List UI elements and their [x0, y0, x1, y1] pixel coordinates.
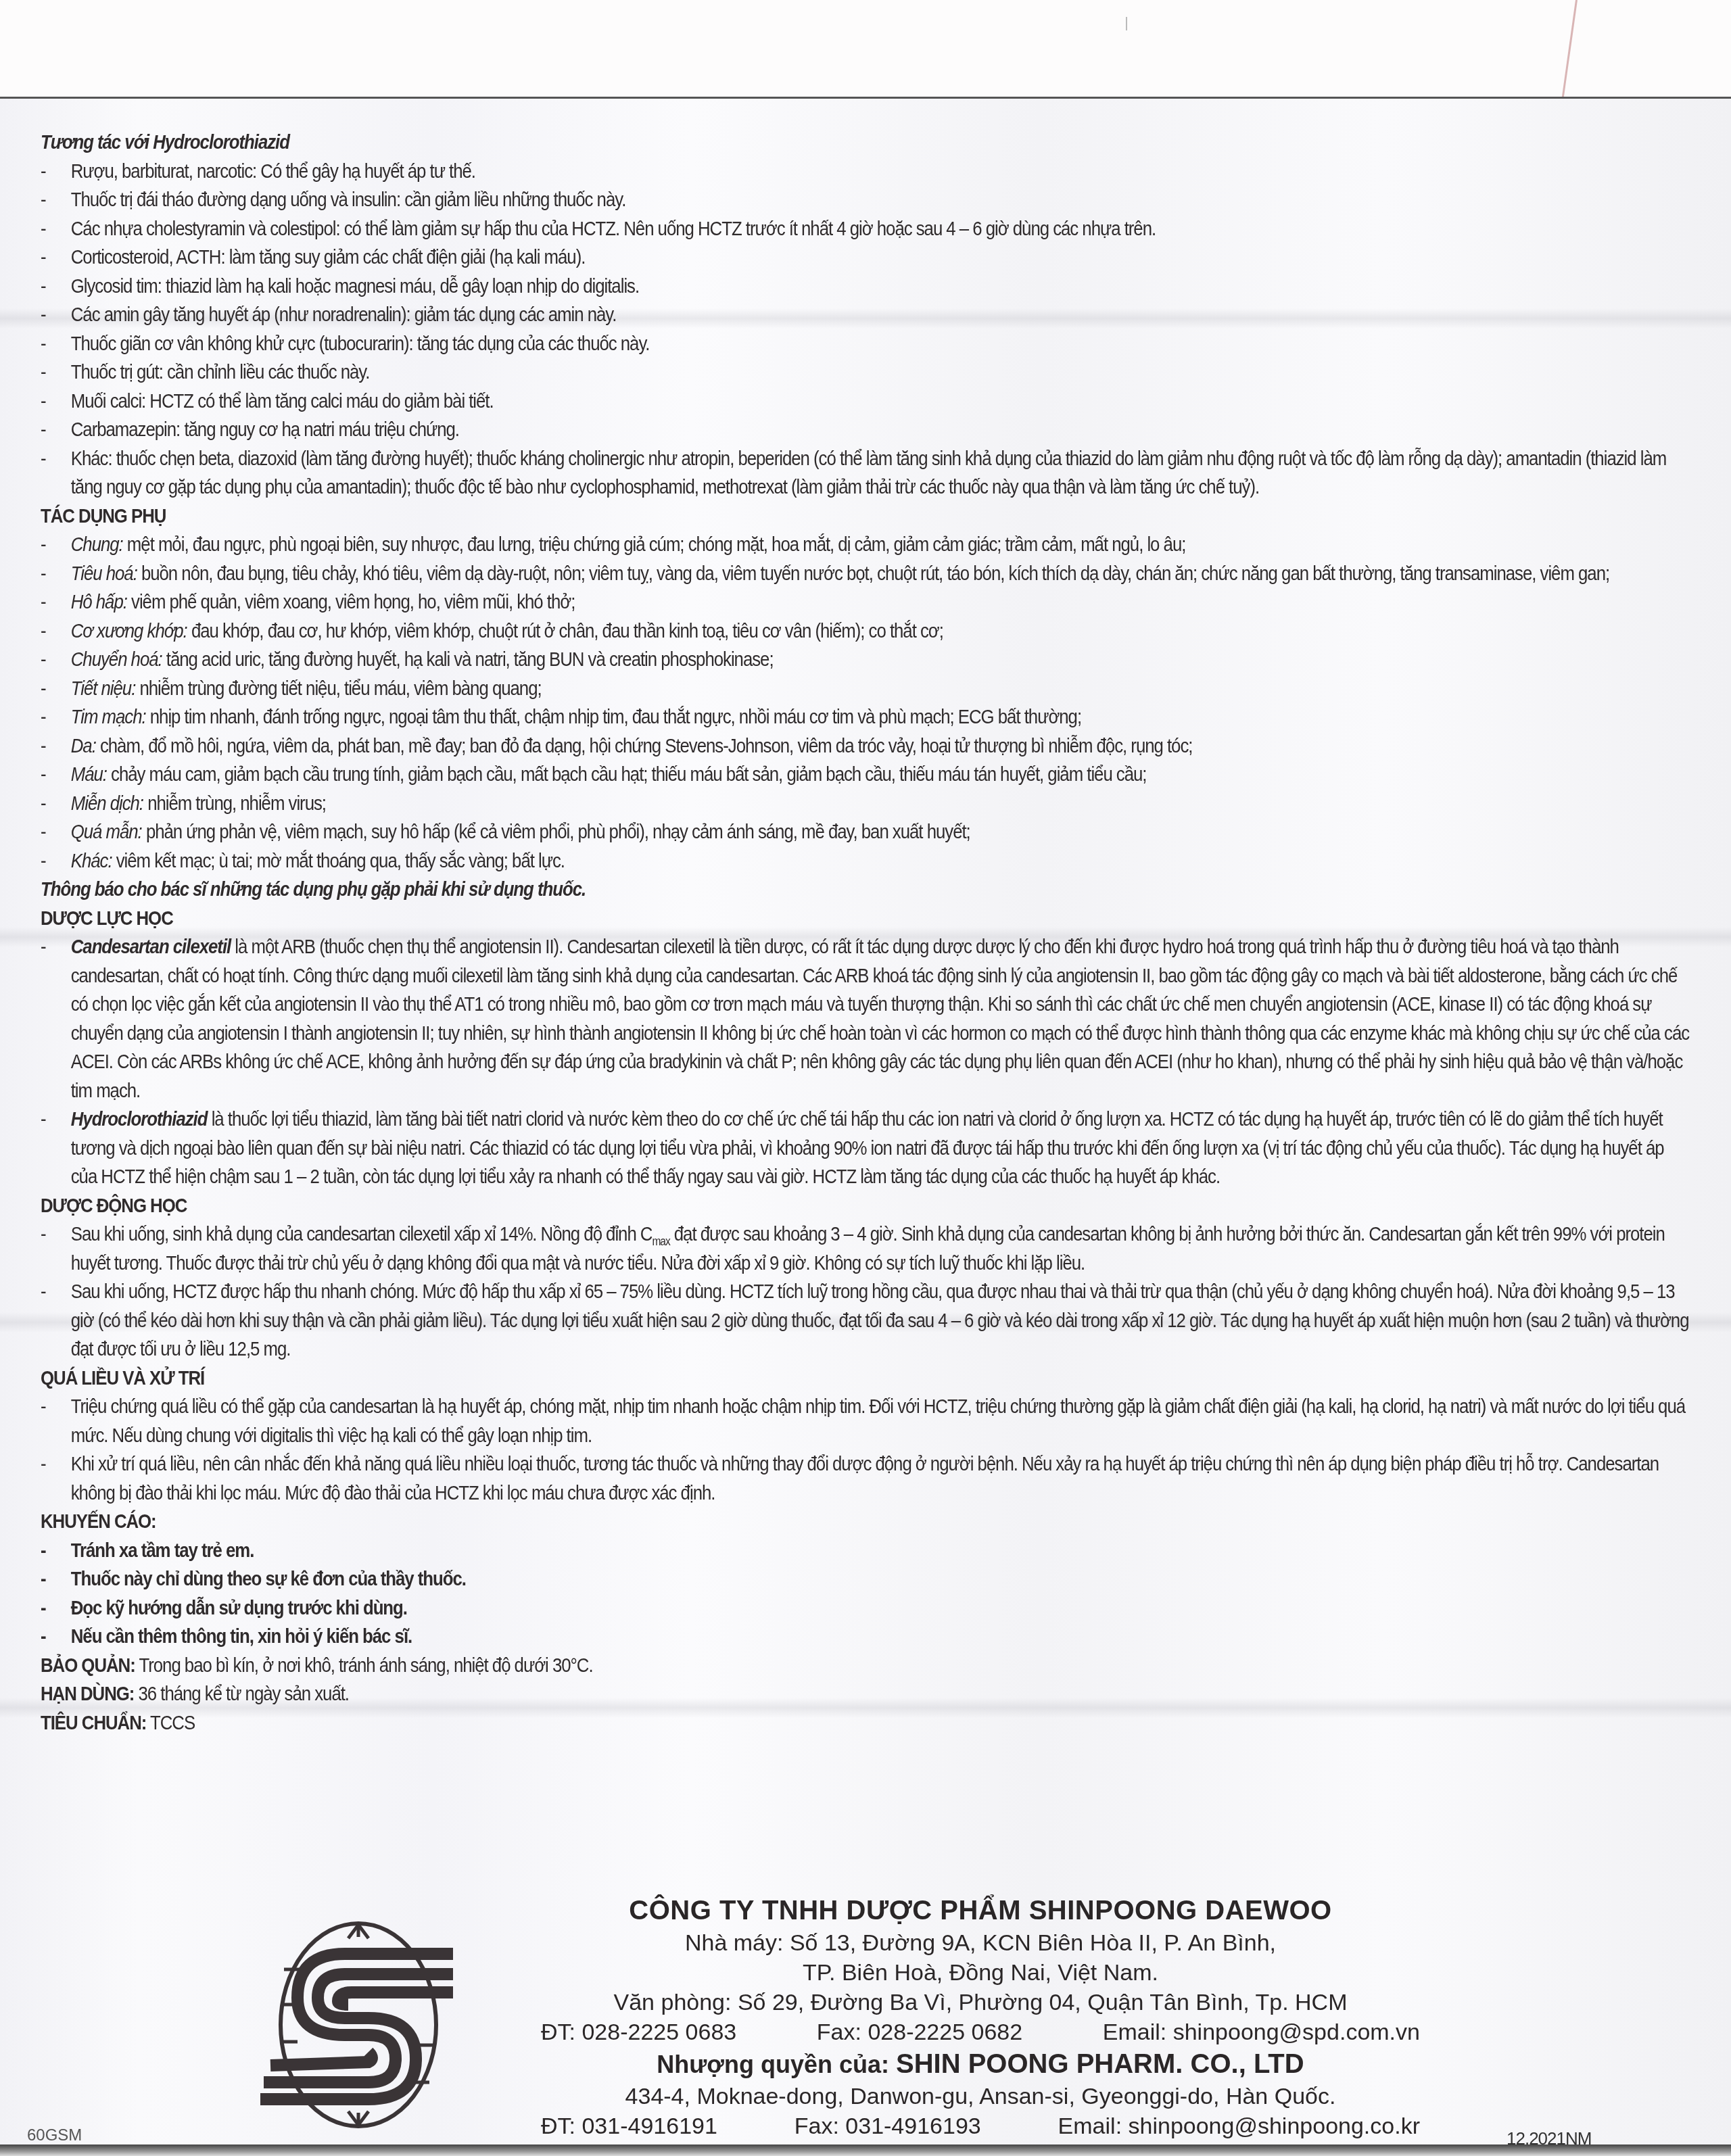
interactions-list: -Rượu, barbiturat, narcotic: Có thể gây … — [41, 158, 1690, 502]
list-item: -Miễn dịch: nhiễm trùng, nhiễm virus; — [41, 790, 1690, 819]
list-item: -Nếu cần thêm thông tin, xin hỏi ý kiến … — [41, 1623, 1690, 1652]
list-item: -Tiết niệu: nhiễm trùng đường tiết niệu,… — [41, 675, 1690, 704]
factory-address-1: Nhà máy: Số 13, Đường 9A, KCN Biên Hòa I… — [541, 1928, 1420, 1958]
page-edge-shadow — [0, 2145, 1731, 2156]
standard-line: TIÊU CHUẨN: TCCS — [41, 1709, 1690, 1738]
manufacturer-info: CÔNG TY TNHH DƯỢC PHẨM SHINPOONG DAEWOO … — [541, 1893, 1420, 2141]
list-item: -Cơ xương khớp: đau khớp, đau cơ, hư khớ… — [41, 617, 1690, 646]
side-effects-list: -Chung: mệt mỏi, đau ngực, phù ngoại biê… — [41, 531, 1690, 876]
vn-contacts: ĐT: 028-2225 0683 Fax: 028-2225 0682 Ema… — [541, 2017, 1420, 2047]
pharmacodynamics-list: -Candesartan cilexetil là một ARB (thuốc… — [41, 933, 1690, 1192]
list-item: -Candesartan cilexetil là một ARB (thuốc… — [41, 933, 1690, 1105]
factory-address-2: TP. Biên Hoà, Đồng Nai, Việt Nam. — [541, 1958, 1420, 1988]
list-item: -Thuốc trị gút: cần chỉnh liều các thuốc… — [41, 358, 1690, 387]
company-name: CÔNG TY TNHH DƯỢC PHẨM SHINPOONG DAEWOO — [541, 1893, 1420, 1928]
list-item: -Quá mẫn: phản ứng phản vệ, viêm mạch, s… — [41, 818, 1690, 847]
list-item: -Các amin gây tăng huyết áp (như noradre… — [41, 301, 1690, 330]
list-item: -Tránh xa tầm tay trẻ em. — [41, 1537, 1690, 1566]
section-title-side-effects: TÁC DỤNG PHỤ — [41, 502, 1690, 531]
list-item: -Da: chàm, đổ mồ hôi, ngứa, viêm da, phá… — [41, 732, 1690, 761]
vn-email: Email: shinpoong@spd.com.vn — [1103, 2017, 1420, 2047]
pharmacokinetics-list: -Sau khi uống, sinh khả dụng của candesa… — [41, 1220, 1690, 1364]
office-address: Văn phòng: Số 29, Đường Ba Vì, Phường 04… — [541, 1988, 1420, 2017]
list-item: -Máu: chảy máu cam, giảm bạch cầu trung … — [41, 761, 1690, 790]
section-title-overdose: QUÁ LIỀU VÀ XỬ TRÍ — [41, 1364, 1690, 1393]
kr-fax: Fax: 031-4916193 — [795, 2111, 981, 2141]
vn-phone: ĐT: 028-2225 0683 — [541, 2017, 736, 2047]
shelf-life-line: HẠN DÙNG: 36 tháng kể từ ngày sản xuất. — [41, 1680, 1690, 1709]
warnings-list: -Tránh xa tầm tay trẻ em. -Thuốc này chỉ… — [41, 1537, 1690, 1652]
list-item: -Chuyển hoá: tăng acid uric, tăng đường … — [41, 646, 1690, 675]
list-item: -Rượu, barbiturat, narcotic: Có thể gây … — [41, 158, 1690, 187]
kr-email: Email: shinpoong@shinpoong.co.kr — [1058, 2111, 1420, 2141]
list-item: -Muối calci: HCTZ có thể làm tăng calci … — [41, 387, 1690, 416]
paper-weight-label: 60GSM — [27, 2126, 82, 2145]
list-item: -Glycosid tim: thiazid làm hạ kali hoặc … — [41, 272, 1690, 302]
list-item: -Khác: thuốc chẹn beta, diazoxid (làm tă… — [41, 445, 1690, 502]
section-title-pharmacodynamics: DƯỢC LỰC HỌC — [41, 905, 1690, 934]
list-item: -Tim mạch: nhịp tim nhanh, đánh trống ng… — [41, 703, 1690, 732]
list-item: -Triệu chứng quá liều có thể gặp của can… — [41, 1393, 1690, 1450]
scan-thread — [1562, 0, 1578, 97]
section-title-pharmacokinetics: DƯỢC ĐỘNG HỌC — [41, 1192, 1690, 1221]
list-item: -Thuốc giãn cơ vân không khử cực (tubocu… — [41, 330, 1690, 359]
list-item: -Sau khi uống, HCTZ được hấp thu nhanh c… — [41, 1278, 1690, 1364]
overdose-list: -Triệu chứng quá liều có thể gặp của can… — [41, 1393, 1690, 1508]
vn-fax: Fax: 028-2225 0682 — [817, 2017, 1022, 2047]
list-item: -Thuốc trị đái tháo đường dạng uống và i… — [41, 186, 1690, 215]
list-item: -Sau khi uống, sinh khả dụng của candesa… — [41, 1220, 1690, 1278]
hq-address: 434-4, Moknae-dong, Danwon-gu, Ansan-si,… — [541, 2082, 1420, 2111]
section-title-warnings: KHUYẾN CÁO: — [41, 1508, 1690, 1537]
list-item: -Các nhựa cholestyramin và colestipol: c… — [41, 215, 1690, 244]
scan-speck — [1126, 17, 1127, 30]
list-item: -Đọc kỹ hướng dẫn sử dụng trước khi dùng… — [41, 1594, 1690, 1623]
storage-line: BẢO QUẢN: Trong bao bì kín, ở nơi khô, t… — [41, 1652, 1690, 1681]
list-item: -Khi xử trí quá liều, nên cân nhắc đến k… — [41, 1450, 1690, 1508]
list-item: -Tiêu hoá: buồn nôn, đau bụng, tiêu chảy… — [41, 560, 1690, 589]
scanner-background — [0, 0, 1731, 101]
list-item: -Thuốc này chỉ dùng theo sự kê đơn của t… — [41, 1565, 1690, 1594]
list-item: -Chung: mệt mỏi, đau ngực, phù ngoại biê… — [41, 531, 1690, 560]
section-title-interactions: Tương tác với Hydroclorothiazid — [41, 128, 1690, 158]
list-item: -Carbamazepin: tăng nguy cơ hạ natri máu… — [41, 416, 1690, 445]
side-effects-notice: Thông báo cho bác sĩ những tác dụng phụ … — [41, 876, 1690, 905]
list-item: -Hydroclorothiazid là thuốc lợi tiểu thi… — [41, 1105, 1690, 1192]
kr-phone: ĐT: 031-4916191 — [541, 2111, 717, 2141]
list-item: -Corticosteroid, ACTH: làm tăng suy giảm… — [41, 243, 1690, 272]
kr-contacts: ĐT: 031-4916191 Fax: 031-4916193 Email: … — [541, 2111, 1420, 2141]
shinpoong-logo-icon — [250, 1917, 467, 2133]
list-item: -Khác: viêm kết mạc; ù tai; mờ mắt thoán… — [41, 847, 1690, 876]
list-item: -Hô hấp: viêm phế quản, viêm xoang, viêm… — [41, 588, 1690, 617]
franchise-line: Nhượng quyền của: SHIN POONG PHARM. CO.,… — [541, 2047, 1420, 2082]
leaflet-content: Tương tác với Hydroclorothiazid -Rượu, b… — [41, 128, 1690, 1738]
